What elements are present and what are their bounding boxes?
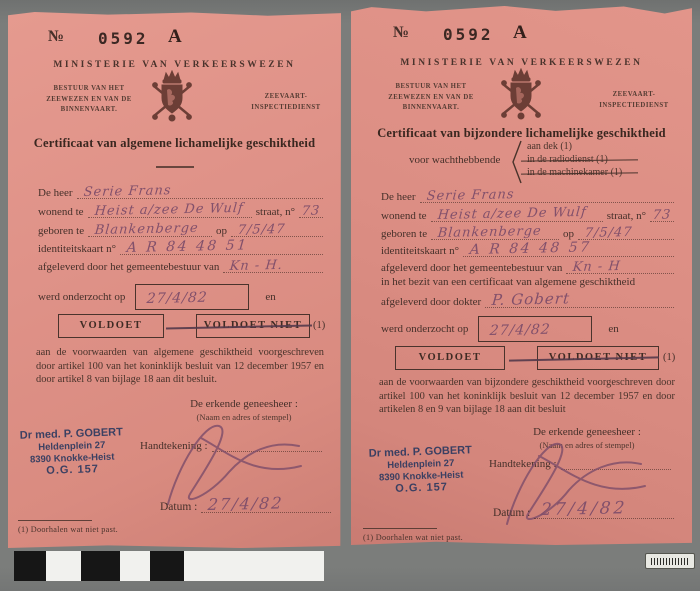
handwritten-idcard: A R 84 48 57 xyxy=(469,239,592,258)
field-label: identiteitskaart n° xyxy=(381,245,463,257)
form-line-municipality: afgeleverd door het gemeentebestuur van … xyxy=(38,258,323,273)
ministry-heading: MINISTERIE VAN VERKEERSWEZEN xyxy=(351,58,692,68)
field-label: wonend te xyxy=(381,210,431,222)
handwritten-birthplace: Blankenberge xyxy=(94,221,199,238)
form-line-birth: geboren te Blankenberge op 7/5/47 xyxy=(38,222,323,237)
serial-number: 0592 xyxy=(98,29,149,48)
option-machinekamer: in de machinekamer (1) xyxy=(527,166,622,179)
field-label: Handtekening : xyxy=(140,440,208,452)
date-row: Datum : 27/4/82 xyxy=(160,498,331,513)
form-line-address: wonend te Heist a/zee De Wulf straat, n°… xyxy=(381,207,674,222)
handwritten-doctor: P. Gobert xyxy=(491,289,571,309)
number-sign: № xyxy=(48,28,64,46)
form-line-examined: werd onderzocht op 27/4/82 en xyxy=(38,284,323,310)
form-line-address: wonend te Heist a/zee De Wulf straat, n°… xyxy=(38,203,323,218)
dept-line: ZEEVAART- xyxy=(591,90,677,101)
dept-line: BESTUUR VAN HET xyxy=(375,82,487,93)
barcode-icon xyxy=(651,558,689,565)
wachthebbende-label: voor wachthebbende xyxy=(409,154,500,166)
dept-line: INSPECTIEDIENST xyxy=(243,103,329,114)
field-label: afgeleverd door het gemeentebestuur van xyxy=(38,261,223,273)
result-row: VOLDOET VOLDOET NIET (1) xyxy=(351,346,692,372)
footnote-rule xyxy=(363,528,437,529)
scale-square xyxy=(120,551,150,581)
field-rule: Heist a/zee De Wulf xyxy=(88,203,252,218)
dept-left-block: BESTUUR VAN HET ZEEWEZEN EN VAN DE BINNE… xyxy=(375,82,487,114)
field-rule: Kn - H. xyxy=(223,258,323,273)
form-line-examined: werd onderzocht op 27/4/82 en xyxy=(381,316,674,342)
watch-options: aan dek (1) in de radiodienst (1) in de … xyxy=(527,140,622,179)
form-line-doctor: afgeleverd door dokter P. Gobert xyxy=(381,293,674,308)
dept-left-block: BESTUUR VAN HET ZEEWEZEN EN VAN DE BINNE… xyxy=(36,84,142,116)
exam-date-box: 27/4/82 xyxy=(478,316,592,342)
legal-paragraph: aan de voorwaarden van algemene geschikt… xyxy=(36,346,324,387)
voldoet-box: VOLDOET xyxy=(58,314,164,338)
field-rule: 7/5/47 xyxy=(578,225,674,240)
form-line-name: De heer Serie Frans xyxy=(381,188,674,203)
footnote-ref: (1) xyxy=(313,320,325,331)
form-line-name: De heer Serie Frans xyxy=(38,184,323,199)
field-rule: Kn - H xyxy=(566,259,674,274)
form-line-idcard: identiteitskaart n° A R 84 48 57 xyxy=(381,242,674,257)
barcode-sticker xyxy=(645,553,695,569)
voldoet-box: VOLDOET xyxy=(395,346,505,370)
legal-paragraph: aan de voorwaarden van bijzondere geschi… xyxy=(379,376,675,417)
field-rule: Heist a/zee De Wulf xyxy=(431,207,603,222)
physician-heading: De erkende geneesheer : xyxy=(499,426,675,438)
dept-line: ZEEVAART- xyxy=(243,92,329,103)
handwritten-municipality: Kn - H. xyxy=(229,258,283,274)
option-aan-dek: aan dek (1) xyxy=(527,140,622,153)
handwritten-address: Heist a/zee De Wulf xyxy=(94,201,244,219)
field-rule: 27/4/82 xyxy=(534,504,674,519)
date-row: Datum : 27/4/82 xyxy=(493,504,674,519)
field-label: Datum : xyxy=(493,507,530,519)
certificate-general-fitness: № 0592 A MINISTERIE VAN VERKEERSWEZEN BE… xyxy=(8,12,341,548)
field-rule: 73 xyxy=(299,203,323,218)
physician-subheading: (Naam en adres of stempel) xyxy=(499,440,675,450)
signature-label: Handtekening : xyxy=(489,458,671,470)
handwritten-exam-date: 27/4/82 xyxy=(489,322,551,339)
serial-suffix: A xyxy=(168,26,182,48)
handwritten-name: Serie Frans xyxy=(83,183,172,200)
exam-date-box: 27/4/82 xyxy=(135,284,249,310)
field-label: op xyxy=(559,228,578,240)
certificate-title: Certificaat van bijzondere lichamelijke … xyxy=(351,126,692,141)
physician-heading: De erkende geneesheer : xyxy=(158,398,330,410)
scale-square xyxy=(14,551,46,581)
handwritten-date: 27/4/82 xyxy=(207,493,284,514)
coat-of-arms-icon xyxy=(500,68,542,122)
dept-right-block: ZEEVAART- INSPECTIEDIENST xyxy=(243,92,329,113)
dept-line: BINNENVAART. xyxy=(36,105,142,116)
handwritten-birthplace: Blankenberge xyxy=(437,224,542,241)
field-label: De heer xyxy=(38,187,77,199)
signature-label: Handtekening : xyxy=(140,440,322,452)
field-rule: 73 xyxy=(650,207,674,222)
field-label: en xyxy=(598,323,622,335)
handwritten-name: Serie Frans xyxy=(426,187,515,204)
handwritten-municipality: Kn - H xyxy=(572,259,621,275)
certificate-title: Certificaat van algemene lichamelijke ge… xyxy=(8,136,341,151)
physician-subheading: (Naam en adres of stempel) xyxy=(158,412,330,422)
field-rule: Blankenberge xyxy=(88,222,212,237)
field-rule: Blankenberge xyxy=(431,225,559,240)
form-line-possession: in het bezit van een certificaat van alg… xyxy=(381,276,674,288)
handwritten-housenumber: 73 xyxy=(652,208,672,223)
form-line-municipality: afgeleverd door het gemeentebestuur van … xyxy=(381,259,674,274)
field-label: identiteitskaart n° xyxy=(38,243,120,255)
photo-background: № 0592 A MINISTERIE VAN VERKEERSWEZEN BE… xyxy=(0,0,700,591)
footnote-ref: (1) xyxy=(663,352,675,363)
number-sign: № xyxy=(393,24,409,42)
field-label: afgeleverd door dokter xyxy=(381,296,485,308)
scale-square xyxy=(150,551,184,581)
scale-square xyxy=(81,551,120,581)
field-rule: P. Gobert xyxy=(485,293,674,308)
dept-line: BINNENVAART. xyxy=(375,103,487,114)
option-radiodienst: in de radiodienst (1) xyxy=(527,153,622,166)
serial-suffix: A xyxy=(513,22,527,44)
coat-of-arms-icon xyxy=(151,70,193,124)
field-rule: 27/4/82 xyxy=(201,498,331,513)
doctor-stamp: Dr med. P. GOBERT Heldenplein 27 8390 Kn… xyxy=(9,426,135,479)
field-label: en xyxy=(255,291,279,303)
photo-scale-bar xyxy=(14,551,324,581)
certificate-special-fitness: № 0592 A MINISTERIE VAN VERKEERSWEZEN BE… xyxy=(351,6,692,545)
handwritten-idcard: A R 84 48 51 xyxy=(126,237,249,256)
field-label: straat, n° xyxy=(603,210,650,222)
form-line-idcard: identiteitskaart n° A R 84 48 51 xyxy=(38,240,323,255)
field-rule: A R 84 48 51 xyxy=(120,240,323,255)
field-label: De heer xyxy=(381,191,420,203)
handwritten-housenumber: 73 xyxy=(301,204,321,219)
field-rule: Serie Frans xyxy=(420,188,674,203)
field-label: afgeleverd door het gemeentebestuur van xyxy=(381,262,566,274)
dept-line: ZEEWEZEN EN VAN DE xyxy=(36,95,142,106)
dept-line: INSPECTIEDIENST xyxy=(591,101,677,112)
title-divider xyxy=(156,166,194,168)
field-rule: Serie Frans xyxy=(77,184,323,199)
serial-number: 0592 xyxy=(443,25,494,44)
footnote: (1) Doorhalen wat niet past. xyxy=(363,533,463,542)
doctor-stamp: Dr med. P. GOBERT Heldenplein 27 8390 Kn… xyxy=(358,444,484,497)
field-label: in het bezit van een certificaat van alg… xyxy=(381,276,639,288)
dept-right-block: ZEEVAART- INSPECTIEDIENST xyxy=(591,90,677,111)
field-label: wonend te xyxy=(38,206,88,218)
field-label: geboren te xyxy=(38,225,88,237)
dept-line: BESTUUR VAN HET xyxy=(36,84,142,95)
scale-square xyxy=(184,551,324,581)
ministry-heading: MINISTERIE VAN VERKEERSWEZEN xyxy=(8,60,341,70)
handwritten-exam-date: 27/4/82 xyxy=(146,290,208,307)
field-label: Handtekening : xyxy=(489,458,557,470)
dept-line: ZEEWEZEN EN VAN DE xyxy=(375,93,487,104)
field-rule: 7/5/47 xyxy=(231,222,323,237)
field-label: werd onderzocht op xyxy=(38,291,129,303)
footnote-rule xyxy=(18,520,92,521)
field-label: werd onderzocht op xyxy=(381,323,472,335)
form-line-birth: geboren te Blankenberge op 7/5/47 xyxy=(381,225,674,240)
field-rule: A R 84 48 57 xyxy=(463,242,674,257)
footnote: (1) Doorhalen wat niet past. xyxy=(18,525,118,534)
scale-square xyxy=(46,551,81,581)
handwritten-birthdate: 7/5/47 xyxy=(237,222,286,238)
handwritten-date: 27/4/82 xyxy=(540,498,628,520)
field-label: geboren te xyxy=(381,228,431,240)
field-label: op xyxy=(212,225,231,237)
handwritten-address: Heist a/zee De Wulf xyxy=(437,205,587,223)
field-label: Datum : xyxy=(160,501,197,513)
field-label: straat, n° xyxy=(252,206,299,218)
result-row: VOLDOET VOLDOET NIET (1) xyxy=(8,314,341,340)
